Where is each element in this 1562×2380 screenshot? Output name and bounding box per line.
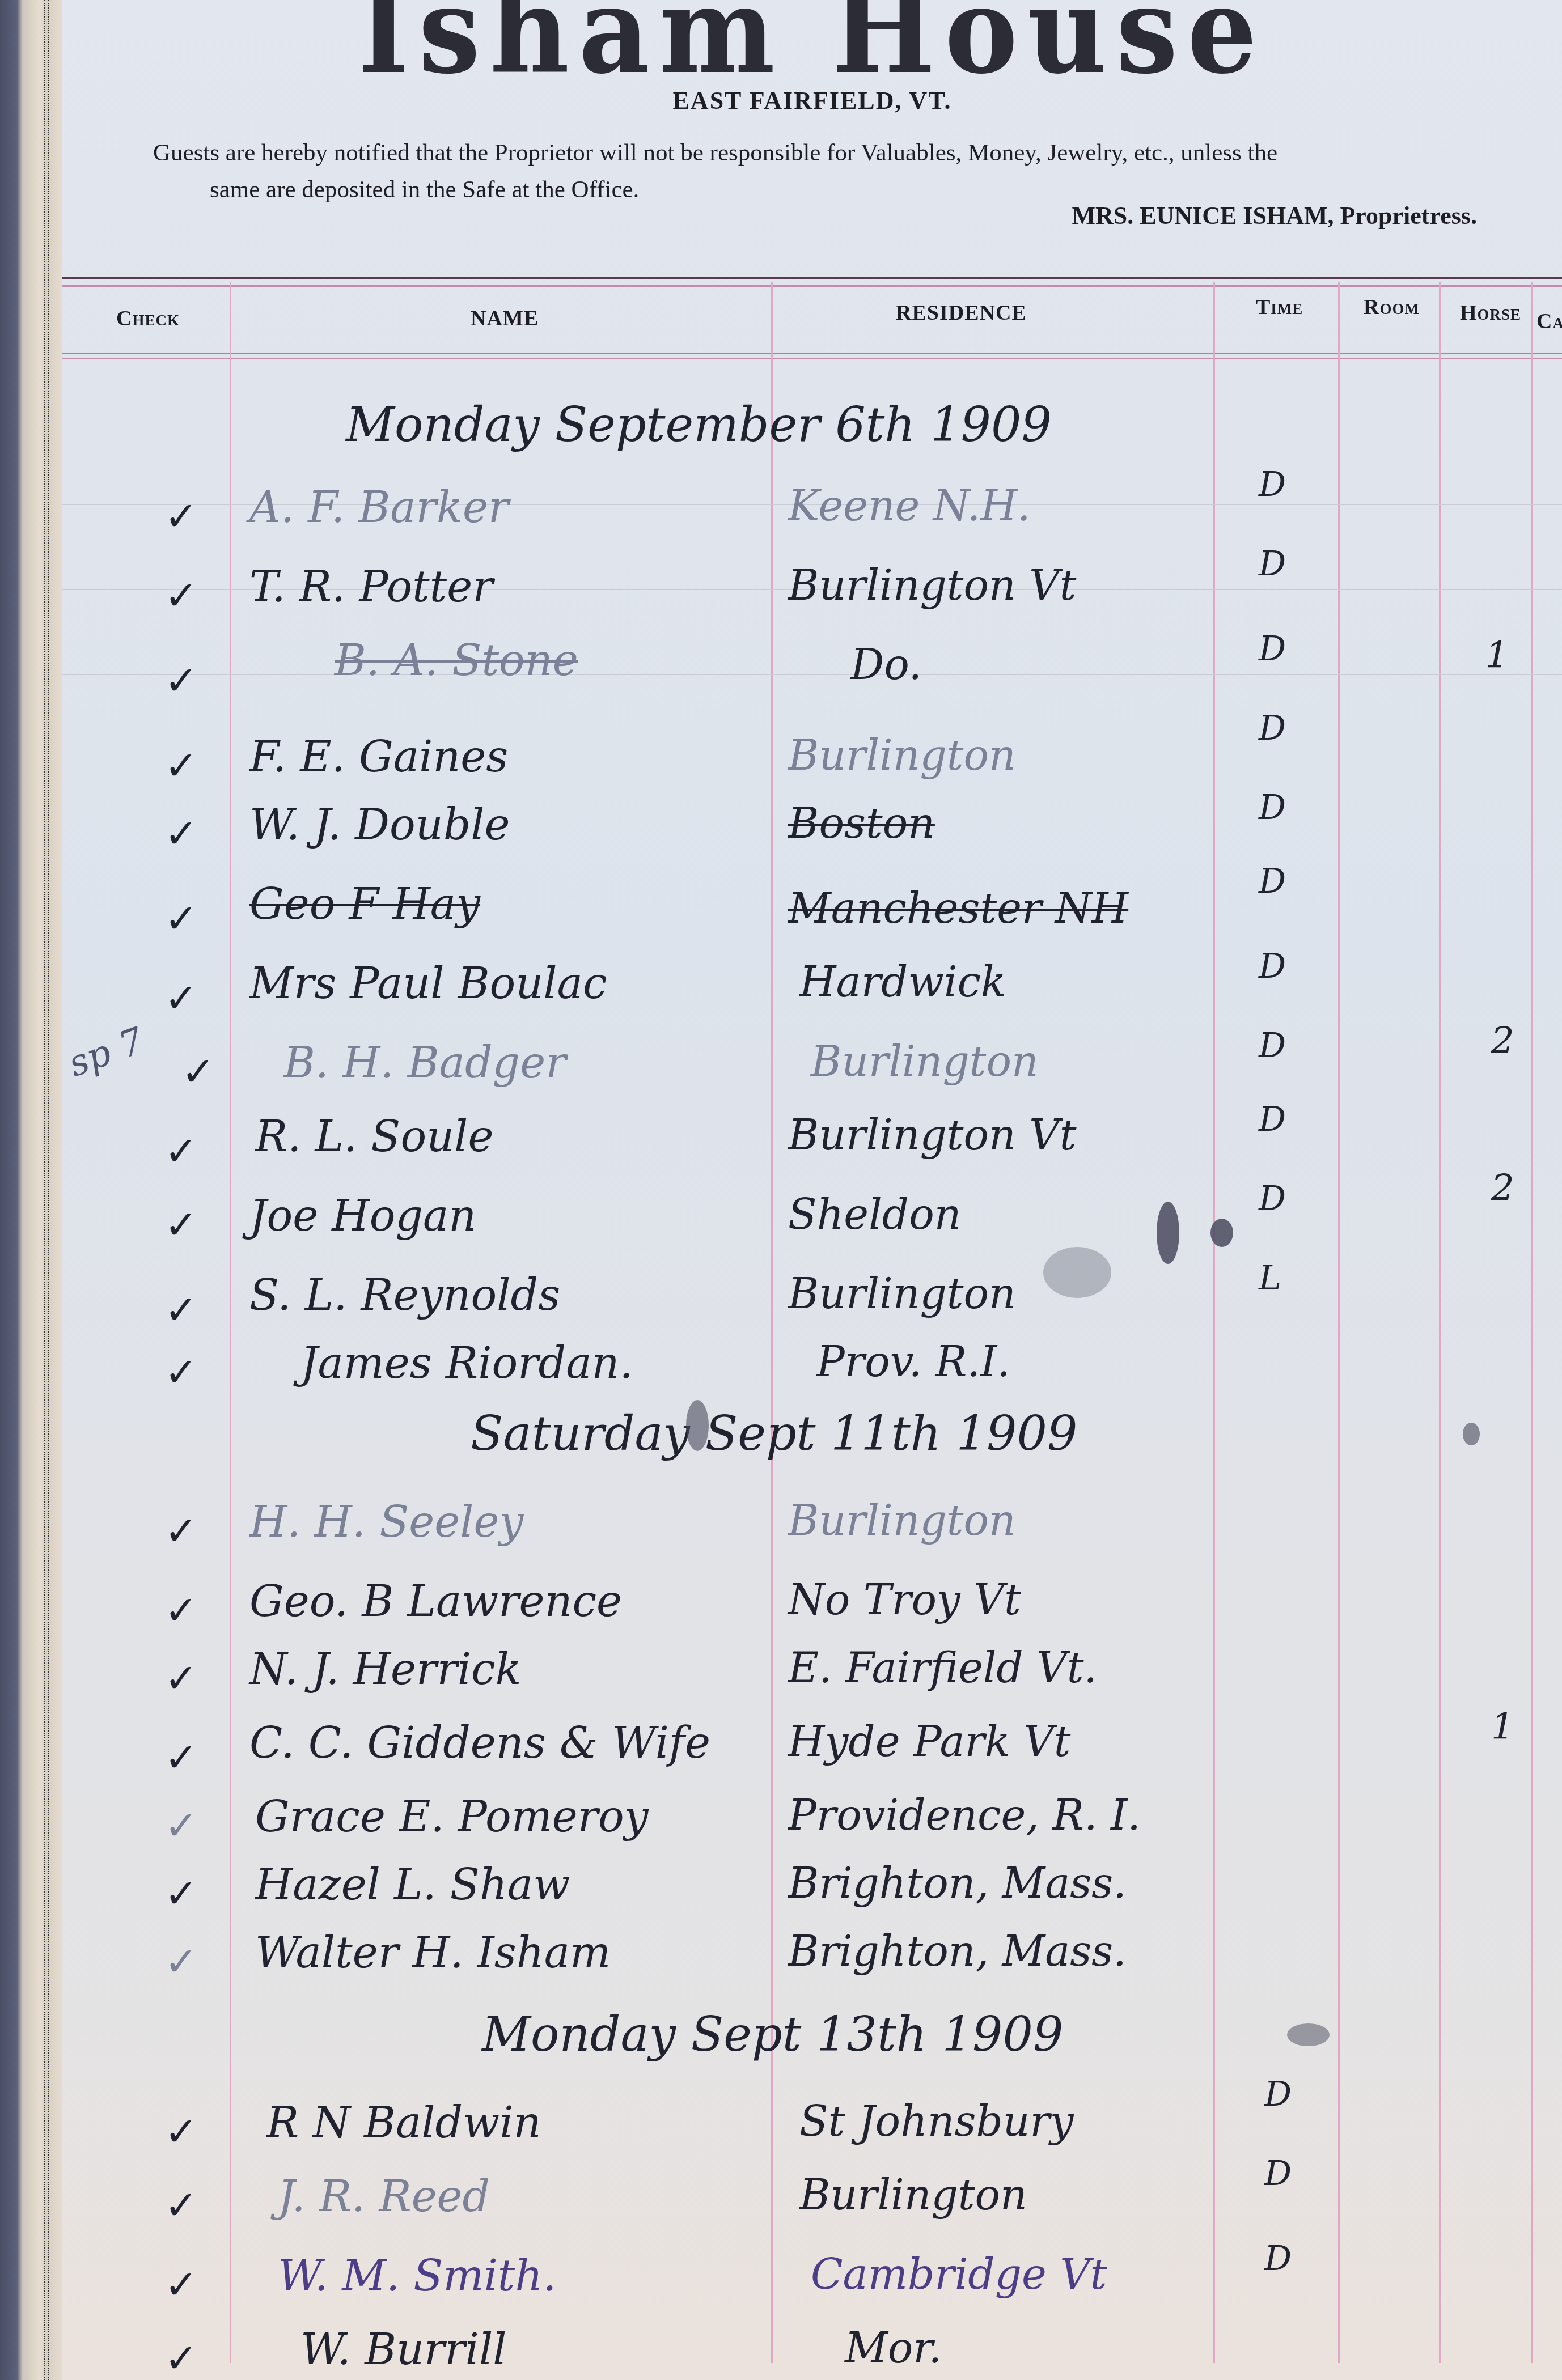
check-mark: ✓ bbox=[164, 2109, 198, 2155]
time-mark: L bbox=[1259, 1258, 1281, 1298]
guest-name: S. L. Reynolds bbox=[249, 1270, 560, 1320]
guest-name: Grace E. Pomeroy bbox=[255, 1791, 649, 1842]
guest-name: Mrs Paul Boulac bbox=[249, 958, 607, 1008]
time-mark: D bbox=[1259, 709, 1286, 748]
hotel-location: EAST FAIRFIELD, VT. bbox=[62, 86, 1562, 115]
time-mark: D bbox=[1264, 2074, 1292, 2114]
guest-name: Hazel L. Shaw bbox=[255, 1859, 570, 1910]
guest-name: Walter H. Isham bbox=[255, 1927, 611, 1978]
ink-blot bbox=[1463, 1423, 1480, 1445]
horse-count: 1 bbox=[1491, 1706, 1514, 1748]
header-rule-bottom bbox=[62, 353, 1562, 359]
guest-residence: Manchester NH bbox=[788, 884, 1128, 933]
horse-count: 1 bbox=[1485, 635, 1509, 677]
guest-residence: Providence, R. I. bbox=[788, 1791, 1141, 1840]
proprietor-name: MRS. EUNICE ISHAM, Proprietress. bbox=[1072, 201, 1477, 230]
ink-blot bbox=[1287, 2023, 1330, 2046]
guest-name: W. J. Double bbox=[249, 799, 510, 850]
time-mark: D bbox=[1259, 465, 1286, 504]
date-heading: Monday Sept 13th 1909 bbox=[482, 2006, 1063, 2062]
column-residence: RESIDENCE bbox=[896, 300, 1027, 325]
check-mark: ✓ bbox=[164, 1870, 198, 1917]
guest-residence: Prov. R.I. bbox=[816, 1338, 1010, 1386]
guest-name: Geo. B Lawrence bbox=[249, 1576, 622, 1626]
rule-time bbox=[1338, 282, 1340, 2363]
guest-name: Geo F Hay bbox=[249, 879, 480, 929]
guest-name: R. L. Soule bbox=[255, 1111, 493, 1161]
guest-residence: Burlington Vt bbox=[788, 561, 1076, 610]
guest-name: C. C. Giddens & Wife bbox=[249, 1717, 710, 1768]
check-mark: ✓ bbox=[164, 1734, 198, 1781]
guest-name: J. R. Reed bbox=[278, 2171, 490, 2221]
check-mark: ✓ bbox=[164, 1287, 198, 1333]
guest-name: H. H. Seeley bbox=[249, 1496, 523, 1547]
check-mark: ✓ bbox=[164, 572, 198, 619]
rule-room bbox=[1439, 282, 1441, 2363]
date-heading: Monday September 6th 1909 bbox=[346, 397, 1052, 452]
check-mark: ✓ bbox=[181, 1049, 215, 1095]
rule-residence bbox=[1213, 282, 1215, 2363]
time-mark: D bbox=[1259, 1026, 1286, 1066]
guest-name: A. F. Barker bbox=[249, 482, 509, 532]
ink-blot bbox=[686, 1400, 709, 1451]
horse-count: 2 bbox=[1491, 1168, 1514, 1210]
guest-residence: Hyde Park Vt bbox=[788, 1717, 1071, 1766]
guest-residence: Keene N.H. bbox=[788, 482, 1030, 531]
time-mark: D bbox=[1259, 544, 1286, 584]
guest-residence: Burlington bbox=[788, 1496, 1016, 1545]
time-mark: D bbox=[1259, 1100, 1286, 1139]
time-mark: D bbox=[1259, 788, 1286, 828]
check-mark: ✓ bbox=[164, 1587, 198, 1634]
rule-check bbox=[230, 282, 231, 2363]
ink-blot bbox=[1043, 1247, 1111, 1298]
date-heading: Saturday Sept 11th 1909 bbox=[471, 1406, 1077, 1461]
check-mark: ✓ bbox=[164, 743, 198, 789]
guest-residence: Burlington bbox=[788, 1270, 1016, 1318]
guest-residence: Burlington bbox=[788, 731, 1016, 780]
column-time: Time bbox=[1256, 295, 1303, 320]
margin-note: sp 7 bbox=[63, 1020, 149, 1085]
guest-residence: Hardwick bbox=[799, 958, 1006, 1007]
book-binding bbox=[0, 0, 62, 2380]
time-mark: D bbox=[1264, 2154, 1292, 2194]
guest-residence: Cambridge Vt bbox=[811, 2250, 1107, 2299]
guest-name: F. E. Gaines bbox=[249, 731, 508, 782]
guest-name: B. H. Badger bbox=[283, 1037, 566, 1088]
column-room: Room bbox=[1364, 295, 1420, 320]
column-horse: Horse bbox=[1460, 300, 1521, 325]
hotel-title: Isham House bbox=[122, 0, 1502, 100]
guest-name: B. A. Stone bbox=[335, 635, 578, 685]
guest-residence: Brighton, Mass. bbox=[788, 1859, 1127, 1908]
guest-name: Joe Hogan bbox=[249, 1190, 476, 1241]
check-mark: ✓ bbox=[164, 1202, 198, 1248]
check-mark: ✓ bbox=[164, 1655, 198, 1702]
valuables-notice: Guests are hereby notified that the Prop… bbox=[153, 135, 1562, 208]
guest-residence: E. Fairfield Vt. bbox=[788, 1644, 1097, 1692]
time-mark: D bbox=[1264, 2239, 1292, 2279]
guest-name: N. J. Herrick bbox=[249, 1644, 522, 1694]
check-mark: ✓ bbox=[164, 2262, 198, 2308]
guest-residence: Sheldon bbox=[788, 1190, 961, 1239]
rule-horse bbox=[1531, 282, 1533, 2363]
guest-residence: Burlington Vt bbox=[788, 1111, 1076, 1160]
check-mark: ✓ bbox=[164, 1938, 198, 1985]
guest-name: R N Baldwin bbox=[266, 2097, 541, 2148]
guest-name: W. M. Smith. bbox=[278, 2250, 556, 2301]
column-check: Check bbox=[116, 306, 180, 331]
guest-residence: Brighton, Mass. bbox=[788, 1927, 1127, 1976]
column-name: NAME bbox=[471, 306, 539, 331]
register-page: Isham House EAST FAIRFIELD, VT. Guests a… bbox=[62, 0, 1562, 2380]
check-mark: ✓ bbox=[164, 2335, 198, 2380]
check-mark: ✓ bbox=[164, 1508, 198, 1554]
guest-residence: Mor. bbox=[845, 2324, 942, 2373]
guest-name: T. R. Potter bbox=[249, 561, 493, 612]
ink-blot bbox=[1210, 1219, 1233, 1247]
guest-name: James Riordan. bbox=[300, 1338, 633, 1388]
time-mark: D bbox=[1259, 862, 1286, 901]
check-mark: ✓ bbox=[164, 657, 198, 704]
check-mark: ✓ bbox=[164, 1349, 198, 1395]
guest-name: W. Burrill bbox=[300, 2324, 507, 2374]
guest-residence: Burlington bbox=[799, 2171, 1027, 2220]
time-mark: D bbox=[1259, 1179, 1286, 1219]
check-mark: ✓ bbox=[164, 493, 198, 540]
guest-residence: No Troy Vt bbox=[788, 1576, 1021, 1624]
guest-residence: St Johnsbury bbox=[799, 2097, 1074, 2146]
check-mark: ✓ bbox=[164, 1128, 198, 1174]
guest-residence: Boston bbox=[788, 799, 935, 848]
guest-residence: Do. bbox=[850, 640, 922, 689]
horse-count: 2 bbox=[1491, 1020, 1514, 1062]
header-rule-top bbox=[62, 277, 1562, 287]
check-mark: ✓ bbox=[164, 896, 198, 942]
column-cab: Ca bbox=[1536, 309, 1562, 334]
guest-residence: Burlington bbox=[811, 1037, 1039, 1086]
check-mark: ✓ bbox=[164, 975, 198, 1021]
check-mark: ✓ bbox=[164, 811, 198, 857]
ink-blot bbox=[1157, 1202, 1179, 1264]
time-mark: D bbox=[1259, 947, 1286, 986]
check-mark: ✓ bbox=[164, 1802, 198, 1849]
notice-line-1: Guests are hereby notified that the Prop… bbox=[153, 135, 1562, 172]
check-mark: ✓ bbox=[164, 2182, 198, 2229]
time-mark: D bbox=[1259, 629, 1286, 669]
